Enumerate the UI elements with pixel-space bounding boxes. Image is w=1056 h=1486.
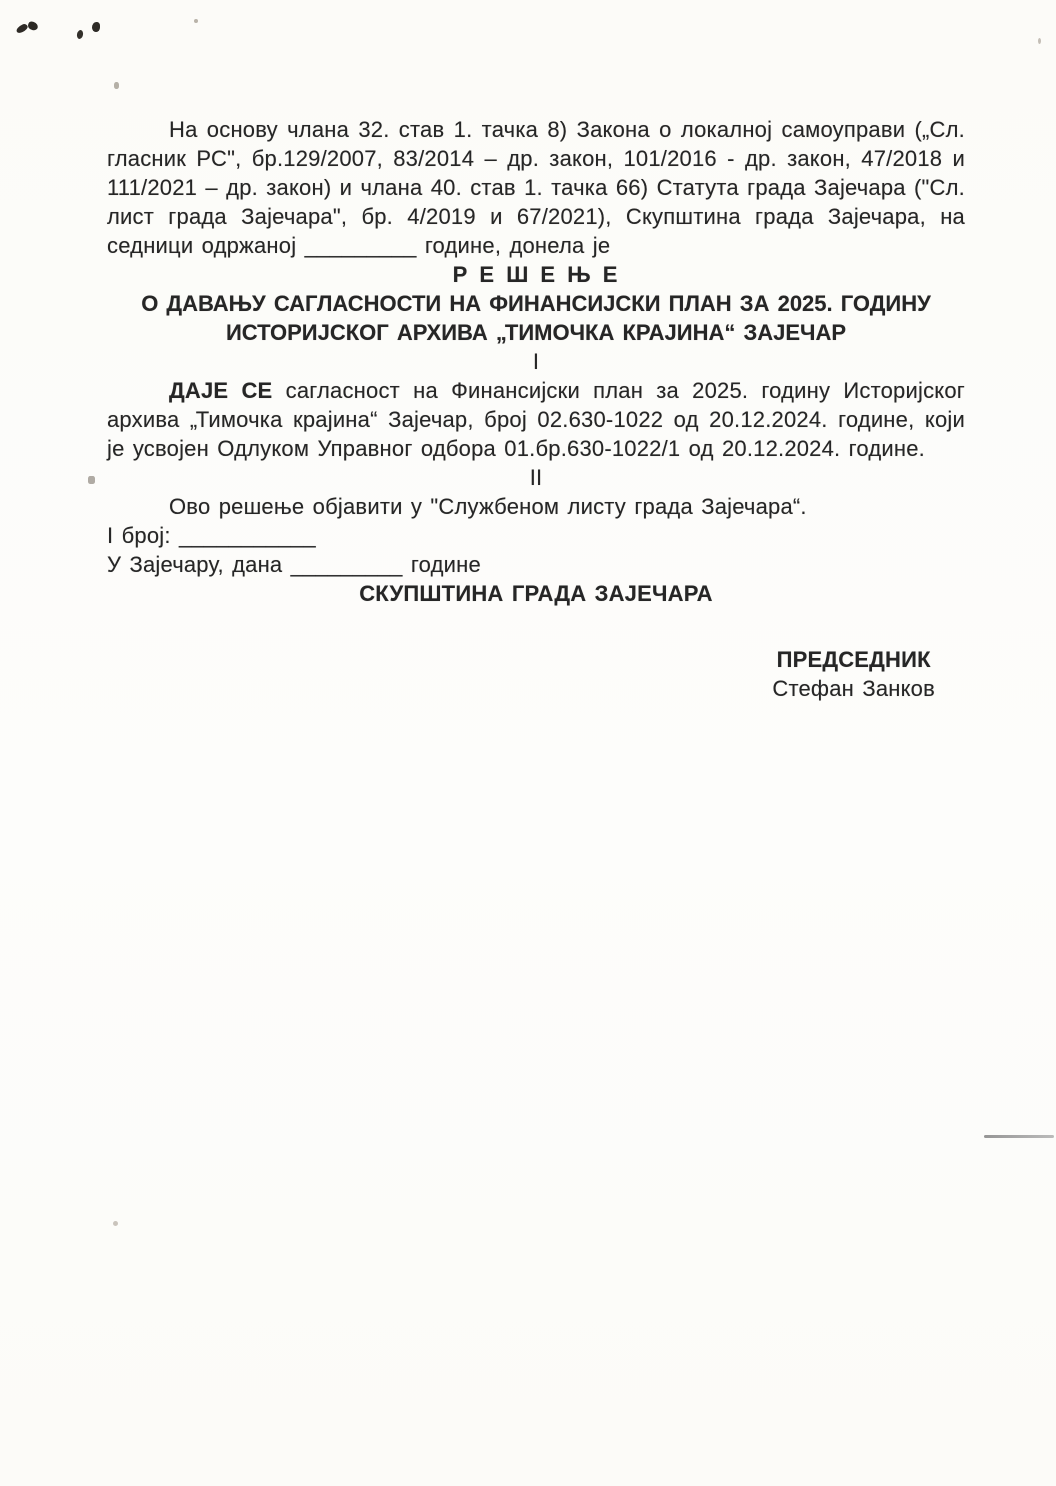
section-2-numeral: II [107, 463, 965, 492]
article-1-paragraph: ДАЈЕ СЕ сагласност на Финансијски план з… [107, 376, 965, 463]
decision-title: Р Е Ш Е Њ Е [107, 260, 965, 289]
article-2-paragraph: Ово решење објавити у "Службеном листу г… [107, 492, 965, 521]
scan-line-artifact [984, 1135, 1054, 1138]
president-title: ПРЕДСЕДНИК [772, 645, 935, 674]
decision-document: На основу члана 32. став 1. тачка 8) Зак… [0, 0, 1056, 703]
decision-subtitle-line-1: О ДАВАЊУ САГЛАСНОСТИ НА ФИНАНСИЈСКИ ПЛАН… [141, 291, 931, 316]
place-date-line: У Зајечару, дана _________ године [107, 550, 965, 579]
scan-dot-artifact [113, 1221, 118, 1226]
article-1-lead: ДАЈЕ СЕ [169, 378, 272, 403]
decision-subtitle: О ДАВАЊУ САГЛАСНОСТИ НА ФИНАНСИЈСКИ ПЛАН… [107, 289, 965, 347]
case-number-line: I број: ___________ [107, 521, 965, 550]
section-1-numeral: I [107, 347, 965, 376]
decision-subtitle-line-2: ИСТОРИЈСКОГ АРХИВА „ТИМОЧКА КРАЈИНА“ ЗАЈ… [226, 320, 846, 345]
signature-block: ПРЕДСЕДНИК Стефан Занков [772, 645, 935, 703]
intro-paragraph: На основу члана 32. став 1. тачка 8) Зак… [107, 115, 965, 260]
scanned-document-page: На основу члана 32. став 1. тачка 8) Зак… [0, 0, 1056, 1486]
president-name: Стефан Занков [772, 674, 935, 703]
assembly-name: СКУПШТИНА ГРАДА ЗАЈЕЧАРА [107, 579, 965, 608]
